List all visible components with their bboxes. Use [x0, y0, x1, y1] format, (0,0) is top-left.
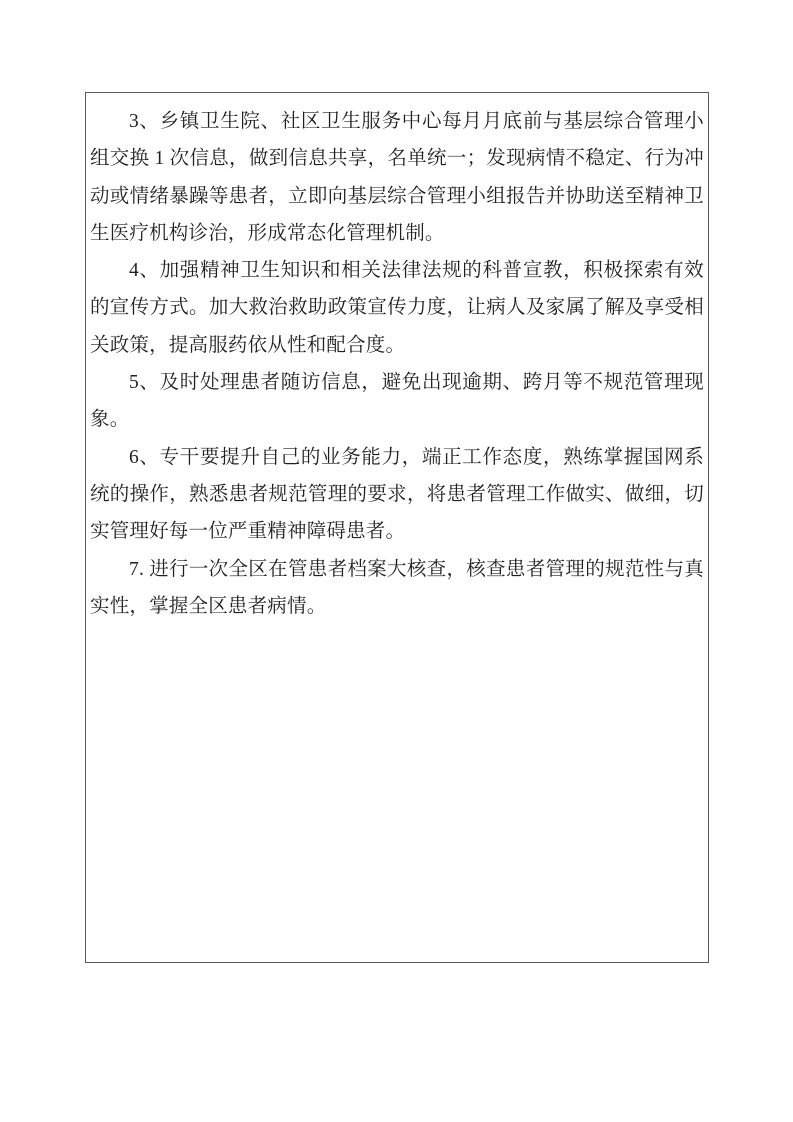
document-page: 3、乡镇卫生院、社区卫生服务中心每月月底前与基层综合管理小组交换 1 次信息，做…	[0, 0, 793, 1122]
paragraph-item-7: 7. 进行一次全区在管患者档案大核查，核查患者管理的规范性与真实性，掌握全区患者…	[90, 551, 704, 626]
paragraph-item-3: 3、乡镇卫生院、社区卫生服务中心每月月底前与基层综合管理小组交换 1 次信息，做…	[90, 103, 704, 252]
cell-content: 3、乡镇卫生院、社区卫生服务中心每月月底前与基层综合管理小组交换 1 次信息，做…	[86, 93, 708, 625]
paragraph-item-4: 4、加强精神卫生知识和相关法律法规的科普宣教，积极探索有效的宣传方式。加大救治救…	[90, 252, 704, 364]
table-cell: 3、乡镇卫生院、社区卫生服务中心每月月底前与基层综合管理小组交换 1 次信息，做…	[85, 92, 709, 963]
paragraph-item-5: 5、及时处理患者随访信息，避免出现逾期、跨月等不规范管理现象。	[90, 364, 704, 439]
paragraph-item-6: 6、专干要提升自己的业务能力，端正工作态度，熟练掌握国网系统的操作，熟悉患者规范…	[90, 439, 704, 551]
